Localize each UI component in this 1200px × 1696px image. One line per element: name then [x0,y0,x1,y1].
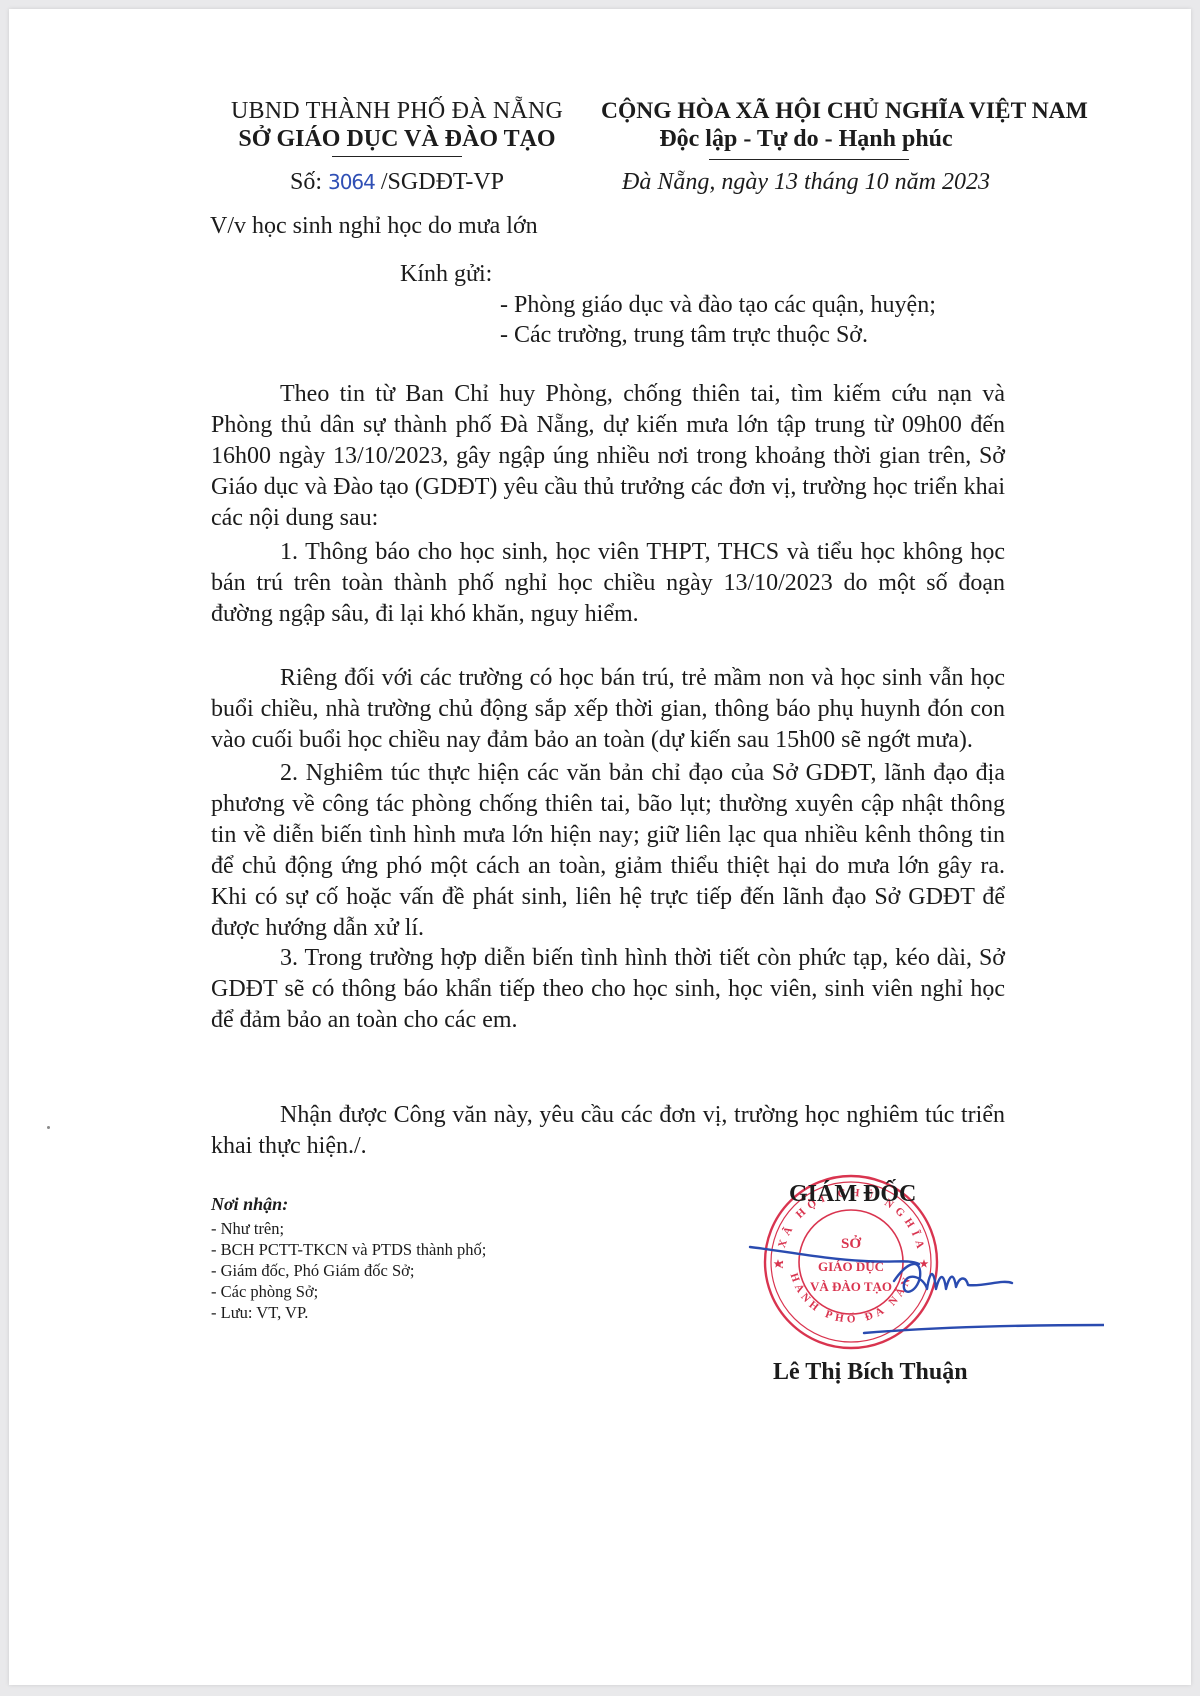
body-paragraph-boarding-note: Riêng đối với các trường có học bán trú,… [211,663,1005,756]
recipient-item: - Lưu: VT, VP. [211,1303,308,1323]
recipient-item: - Như trên; [211,1219,284,1239]
header-left-underline [332,156,462,157]
body-paragraph-intro: Theo tin từ Ban Chỉ huy Phòng, chống thi… [211,379,1005,534]
recipient-item: - Giám đốc, Phó Giám đốc Sở; [211,1261,415,1281]
signer-title: GIÁM ĐỐC [789,1181,916,1208]
recipients-label: Nơi nhận: [211,1194,288,1215]
body-paragraph-item-2: 2. Nghiêm túc thực hiện các văn bản chỉ … [211,758,1005,944]
addressee-item: - Phòng giáo dục và đào tạo các quận, hu… [500,292,936,319]
addressee-item: - Các trường, trung tâm trực thuộc Sở. [500,322,868,349]
place-and-date: Đà Nẵng, ngày 13 tháng 10 năm 2023 [601,169,1011,196]
national-title: CỘNG HÒA XÃ HỘI CHỦ NGHĨA VIỆT NAM [601,98,1011,125]
body-paragraph-item-1: 1. Thông báo cho học sinh, học viên THPT… [211,537,1005,630]
signer-name: Lê Thị Bích Thuận [773,1359,968,1386]
recipient-item: - BCH PCTT-TKCN và PTDS thành phố; [211,1240,486,1260]
header-right-underline [709,159,909,160]
document-page: UBND THÀNH PHỐ ĐÀ NẴNG SỞ GIÁO DỤC VÀ ĐÀ… [9,9,1191,1685]
national-motto: Độc lập - Tự do - Hạnh phúc [601,126,1011,153]
issuing-authority: UBND THÀNH PHỐ ĐÀ NẴNG [209,98,585,125]
document-number-handwritten: 3064 [328,170,375,194]
issuing-department: SỞ GIÁO DỤC VÀ ĐÀO TẠO [209,126,585,153]
handwritten-signature-icon [744,1229,1104,1339]
scan-speck [47,1126,50,1129]
document-number: Số: 3064 /SGDĐT-VP [209,169,585,196]
body-paragraph-item-3: 3. Trong trường hợp diễn biến tình hình … [211,943,1005,1036]
document-number-suffix: /SGDĐT-VP [375,169,504,195]
recipient-item: - Các phòng Sở; [211,1282,318,1302]
addressee-label: Kính gửi: [400,261,492,288]
document-number-prefix: Số: [290,169,328,195]
document-subject: V/v học sinh nghỉ học do mưa lớn [210,213,538,240]
body-paragraph-closing: Nhận được Công văn này, yêu cầu các đơn … [211,1100,1005,1162]
